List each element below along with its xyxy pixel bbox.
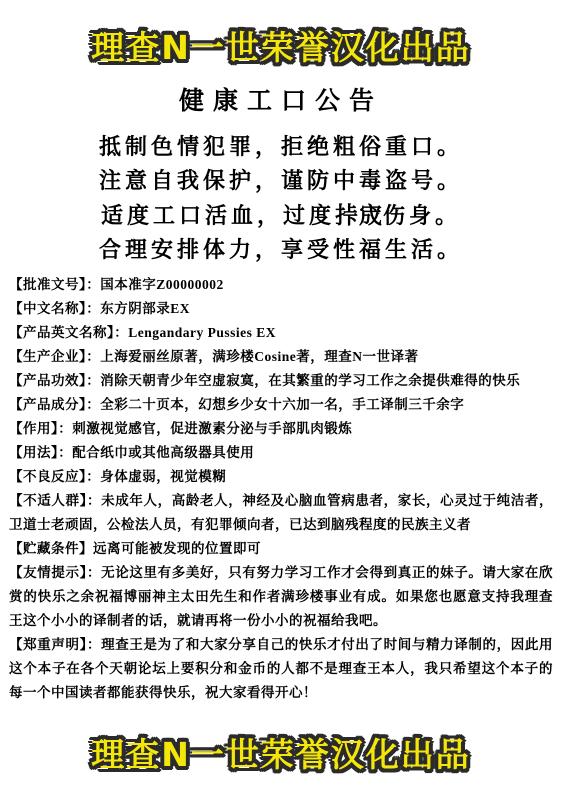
info-item-solemn-statement: 【郑重声明】：理查王是为了和大家分享自己的快乐才付出了时间与精力译制的，因此用这… — [9, 633, 553, 705]
info-label: 【中文名称】 — [9, 301, 86, 316]
info-text: 远离可能被发现的位置即可 — [93, 541, 261, 556]
slogan-line-3-pre: 适度工口活血，过度 — [101, 203, 335, 228]
info-label: 【产品成分】 — [9, 397, 86, 412]
slogan-block: 抵制色情犯罪，拒绝粗俗重口。 注意自我保护，谨防中毒盗号。 适度工口活血，过度挊… — [0, 130, 562, 267]
info-item-producer: 【生产企业】：上海爱丽丝原著，满珍楼Cosine著，理查N一世译著 — [9, 345, 553, 369]
slogan-line-2: 注意自我保护，谨防中毒盗号。 — [0, 164, 562, 198]
info-item-side-effects: 【不良反应】：身体虚弱，视觉模糊 — [9, 465, 553, 489]
info-label: 【不良反应】 — [9, 469, 86, 484]
info-label: 【产品英文名称】 — [9, 325, 114, 340]
info-colon: ： — [86, 373, 100, 388]
info-item-friendly-reminder: 【友情提示】：无论这里有多美好，只有努力学习工作才会得到真正的妹子。请大家在欣赏… — [9, 561, 553, 633]
info-label: 【郑重声明】 — [9, 637, 87, 652]
top-banner: 理查N一世荣誉汉化出品 — [0, 26, 562, 70]
info-colon: ： — [58, 445, 72, 460]
info-colon: ： — [87, 493, 101, 508]
info-item-usage: 【用法】：配合纸巾或其他高级器具使用 — [9, 441, 553, 465]
info-label: 【贮藏条件】 — [9, 541, 93, 556]
info-label: 【作用】 — [9, 421, 58, 436]
info-text: 上海爱丽丝原著，满珍楼Cosine著，理查N一世译著 — [100, 349, 418, 364]
info-colon: ： — [114, 325, 128, 340]
info-text: 消除天朝青少年空虚寂寞，在其繁重的学习工作之余提供难得的快乐 — [100, 373, 520, 388]
info-item-effect: 【产品功效】：消除天朝青少年空虚寂寞，在其繁重的学习工作之余提供难得的快乐 — [9, 369, 553, 393]
info-item-chinese-name: 【中文名称】：东方阴部录EX — [9, 297, 553, 321]
info-text: 全彩二十页本，幻想乡少女十六加一名，手工译制三千余字 — [100, 397, 464, 412]
info-item-unsuitable-groups: 【不适人群】：未成年人，高龄老人，神经及心脑血管病患者，家长，心灵过于纯洁者，卫… — [9, 489, 553, 537]
info-label: 【用法】 — [9, 445, 58, 460]
info-text: Lengandary Pussies EX — [128, 325, 276, 340]
info-label: 【产品功效】 — [9, 373, 86, 388]
info-text: 国本准字Z00000002 — [100, 277, 224, 292]
info-text: 配合纸巾或其他高级器具使用 — [72, 445, 254, 460]
slogan-line-3-post: 伤身。 — [383, 203, 461, 228]
slogan-line-4: 合理安排体力，享受性福生活。 — [0, 233, 562, 267]
info-item-english-name: 【产品英文名称】：Lengandary Pussies EX — [9, 321, 553, 345]
info-label: 【友情提示】 — [9, 565, 87, 580]
info-colon: ： — [86, 397, 100, 412]
info-text: 刺激视觉感官，促进激素分泌与手部肌肉锻炼 — [72, 421, 352, 436]
info-colon: ： — [87, 565, 101, 580]
info-label: 【批准文号】 — [9, 277, 86, 292]
info-item-storage: 【贮藏条件】远离可能被发现的位置即可 — [9, 537, 553, 561]
slogan-line-3-rare-chars: 挊宬 — [335, 202, 383, 228]
info-label: 【生产企业】 — [9, 349, 86, 364]
info-item-ingredients: 【产品成分】：全彩二十页本，幻想乡少女十六加一名，手工译制三千余字 — [9, 393, 553, 417]
page-title: 健康工口公告 — [0, 86, 562, 118]
info-colon: ： — [86, 277, 100, 292]
info-item-approval-number: 【批准文号】：国本准字Z00000002 — [9, 273, 553, 297]
info-text: 身体虚弱，视觉模糊 — [100, 469, 226, 484]
info-colon: ： — [86, 349, 100, 364]
bottom-banner: 理查N一世荣誉汉化出品 — [0, 733, 562, 777]
slogan-line-3: 适度工口活血，过度挊宬伤身。 — [0, 198, 562, 233]
info-colon: ： — [58, 421, 72, 436]
product-info-list: 【批准文号】：国本准字Z00000002 【中文名称】：东方阴部录EX 【产品英… — [0, 273, 562, 705]
info-text: 东方阴部录EX — [100, 301, 190, 316]
info-colon: ： — [86, 469, 100, 484]
info-colon: ： — [86, 301, 100, 316]
info-colon: ： — [87, 637, 101, 652]
info-item-function: 【作用】：刺激视觉感官，促进激素分泌与手部肌肉锻炼 — [9, 417, 553, 441]
slogan-line-1: 抵制色情犯罪，拒绝粗俗重口。 — [0, 130, 562, 164]
info-label: 【不适人群】 — [9, 493, 87, 508]
